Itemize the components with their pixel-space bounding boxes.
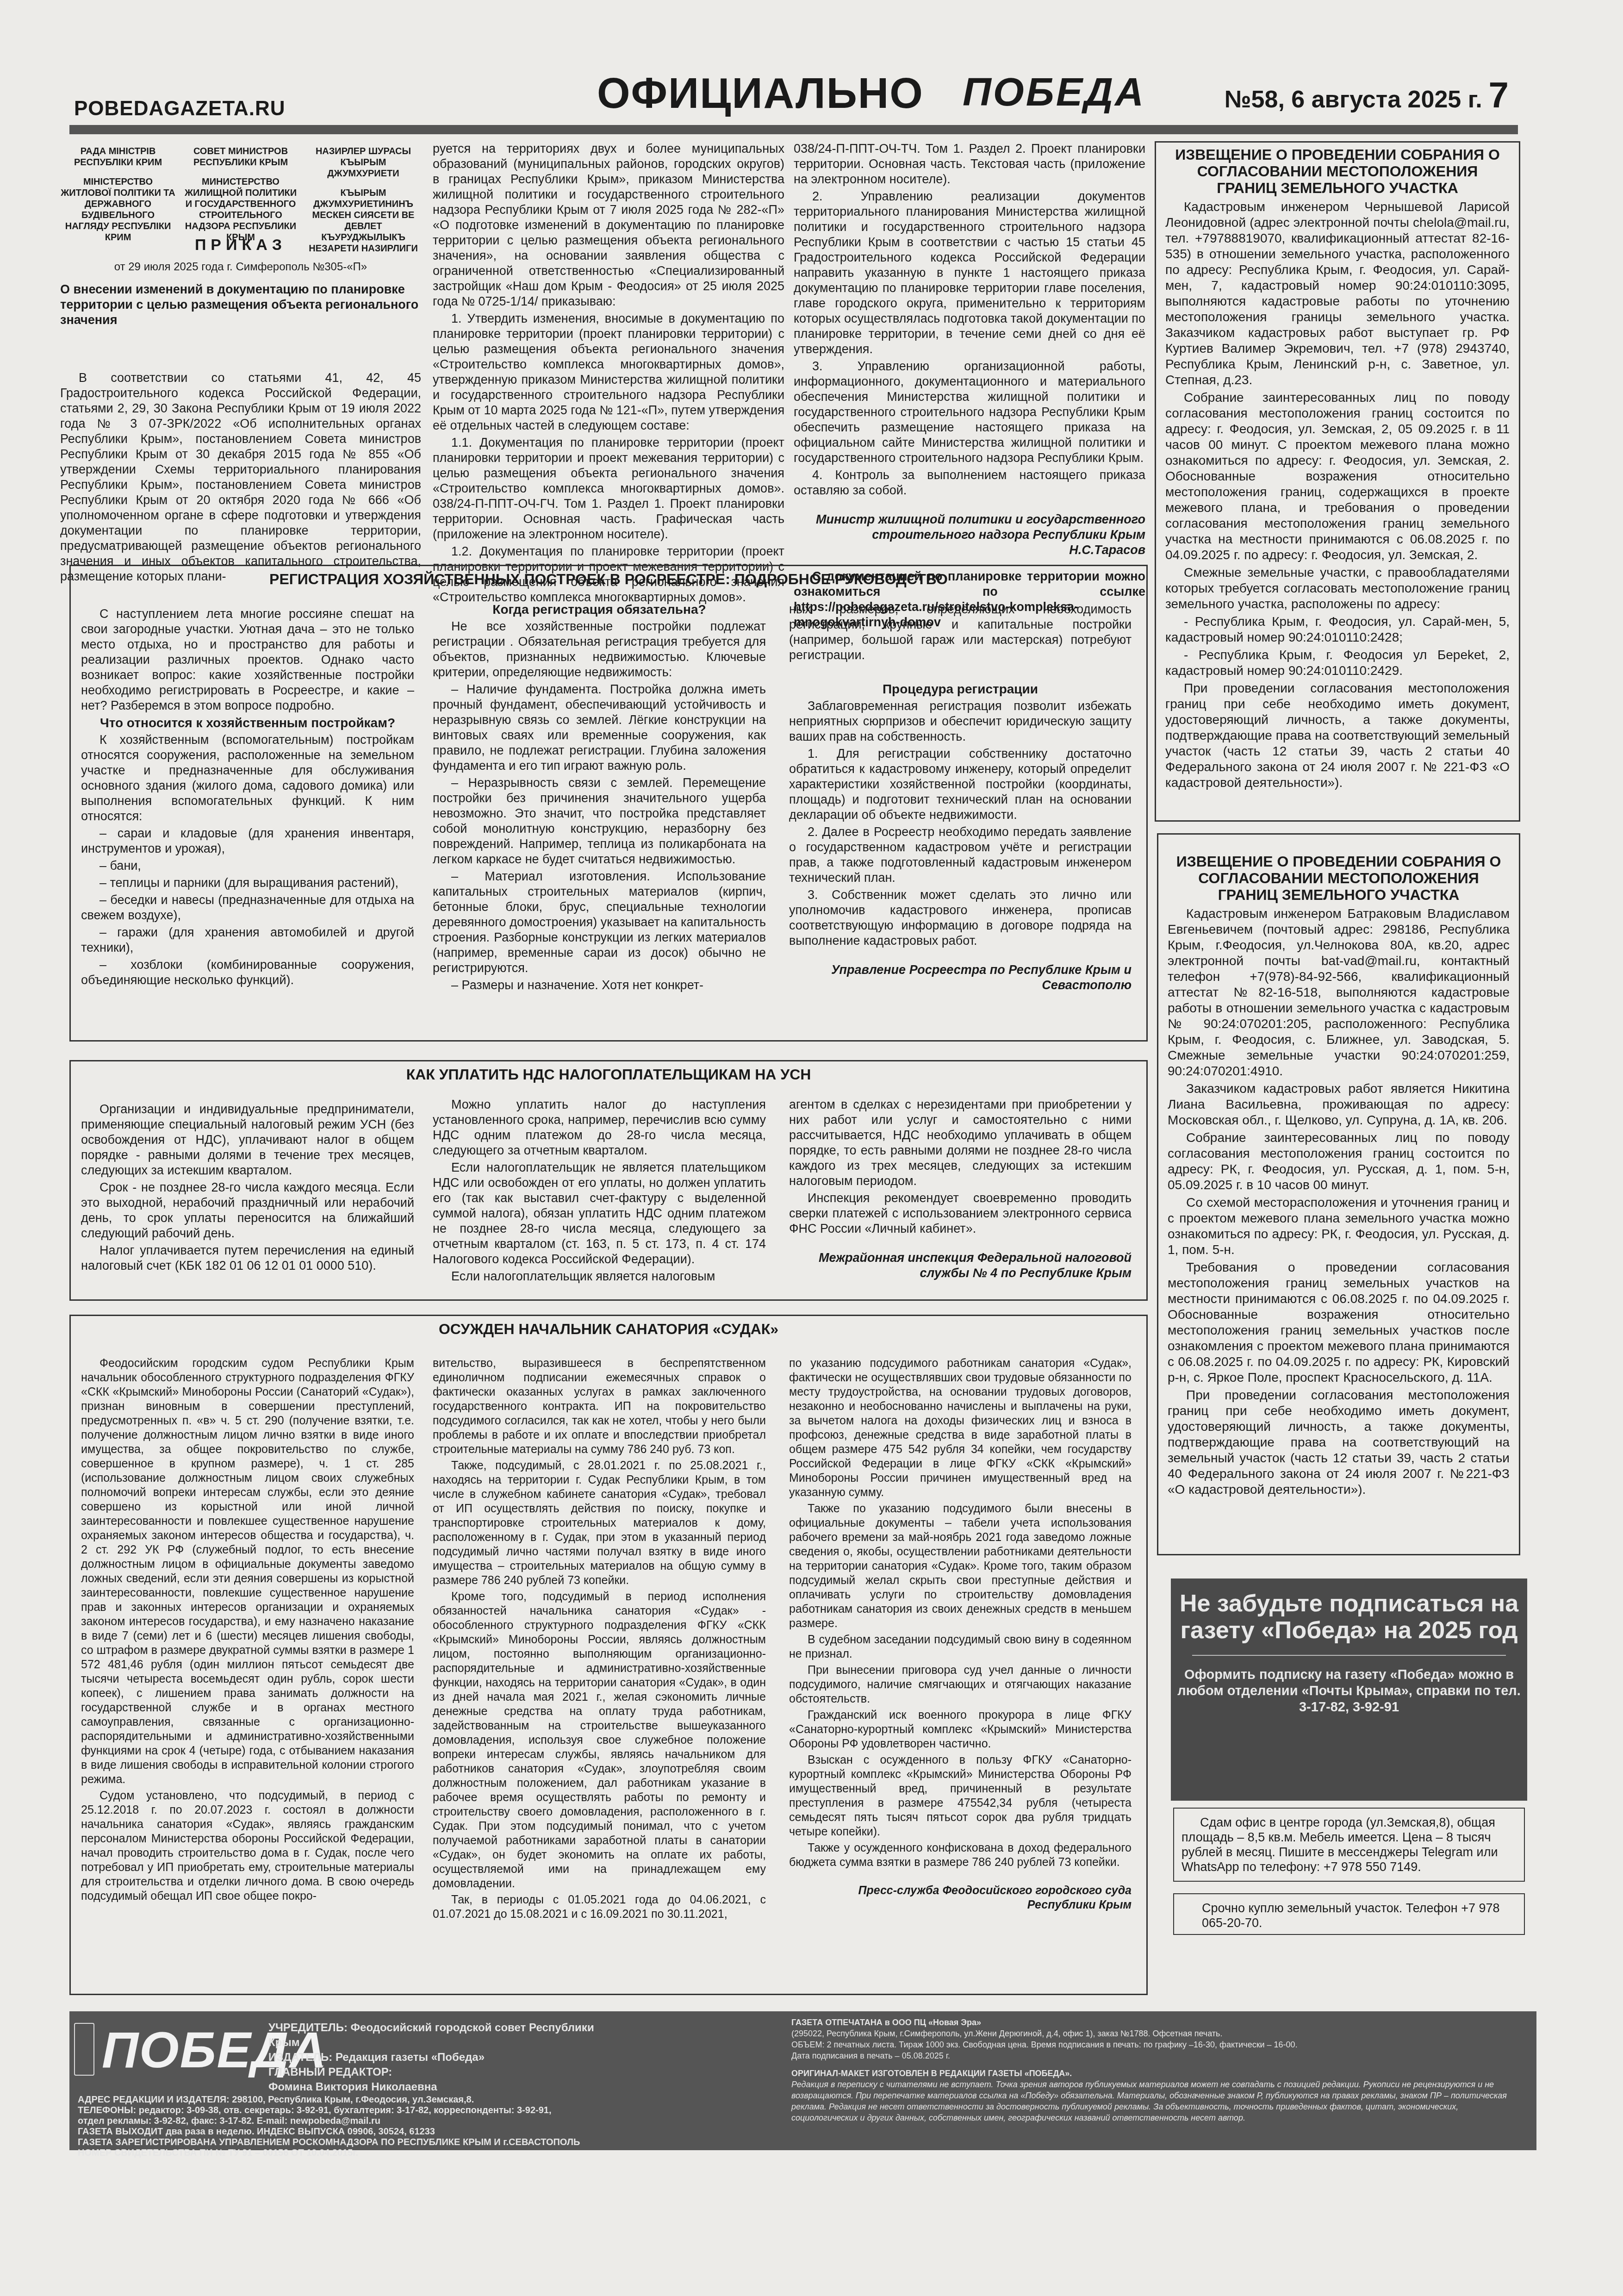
vat-column-1: Организации и индивидуальные предпринима… [81,1102,414,1275]
imprint-credits: УЧРЕДИТЕЛЬ: Феодосийский городской совет… [268,2021,611,2095]
imprint-contacts: АДРЕС РЕДАКЦИИ И ИЗДАТЕЛЯ: 298100, Респу… [78,2095,633,2159]
article-title: КАК УПЛАТИТЬ НДС НАЛОГОПЛАТЕЛЬЩИКАМ НА У… [71,1066,1146,1083]
registration-column-3: ных размеров, определяющих необходимость… [789,602,1132,995]
notice-title: ИЗВЕЩЕНИЕ О ПРОВЕДЕНИИ СОБРАНИЯ О СОГЛАС… [1168,853,1510,903]
court-column-1: Феодосийским городским судом Республики … [81,1356,414,1905]
subheading: Что относится к хозяйственным постройкам… [81,715,414,730]
order-heading: О внесении изменений в документацию по п… [60,282,421,328]
site-url[interactable]: POBEDAGAZETA.RU [74,97,286,120]
article-signature: Управление Росреестра по Республике Крым… [789,962,1132,993]
article-signature: Межрайонная инспекция Федеральной налого… [789,1250,1132,1281]
editorial-disclaimer: Редакция в переписку с читателями не вст… [791,2079,1523,2123]
notice-title: ИЗВЕЩЕНИЕ О ПРОВЕДЕНИИ СОБРАНИЯ О СОГЛАС… [1165,146,1510,196]
promo-headline: Не забудьте подписаться на газету «Побед… [1171,1590,1527,1644]
ads-contact-email[interactable]: отдел рекламы: 3-92-82, факс: 3-17-82. E… [78,2116,633,2127]
section-title: ОФИЦИАЛЬНО [597,69,924,118]
vat-column-2: Можно уплатить налог до наступления уста… [433,1097,766,1286]
newspaper-logo: ПОБЕДА [963,69,1145,115]
issue-info: №58, 6 августа 2025 г.7 [1225,74,1509,116]
notice-2: ИЗВЕЩЕНИЕ О ПРОВЕДЕНИИ СОБРАНИЯ О СОГЛАС… [1157,833,1520,1555]
page-number: 7 [1489,75,1509,115]
registration-column-1: С наступлением лета многие россияне спеш… [81,606,414,990]
newspaper-page: POBEDAGAZETA.RU ОФИЦИАЛЬНО ПОБЕДА №58, 6… [0,0,1623,2296]
article-signature: Пресс-служба Феодосийского городского су… [789,1884,1132,1912]
article-title: РЕГИСТРАЦИЯ ХОЗЯЙСТВЕННЫХ ПОСТРОЕК В РОС… [71,571,1146,588]
vat-column-3: агентом в сделках с нерезидентами при пр… [789,1097,1132,1283]
city-emblem-icon [74,2023,94,2076]
subheading: Процедура регистрации [789,681,1132,697]
subheading: Когда регистрация обязательна? [433,602,766,617]
order-title: ПРИКАЗ [60,236,421,254]
court-column-2: вительство, выразившееся в беспрепятстве… [433,1356,766,1923]
order-header: ПРИКАЗ от 29 июля 2025 года г. Симферопо… [60,236,421,332]
order-column-1: В соответствии со статьями 41, 42, 45 Гр… [60,370,421,586]
promo-details: Оформить подписку на газету «Победа» мож… [1171,1667,1527,1716]
imprint-printing: ГАЗЕТА ОТПЕЧАТАНА в ООО ПЦ «Новая Эра» (… [791,2017,1523,2123]
order-signature: Министр жилищной политики и государствен… [794,512,1145,558]
promo-divider [1192,1655,1506,1656]
masthead-rule [69,125,1518,134]
court-column-3: по указанию подсудимого работникам санат… [789,1356,1132,1914]
notice-1: ИЗВЕЩЕНИЕ О ПРОВЕДЕНИИ СОБРАНИЯ О СОГЛАС… [1155,141,1520,822]
imprint-footer: ПОБЕДА УЧРЕДИТЕЛЬ: Феодосийский городско… [69,2011,1536,2150]
issue-date: №58, 6 августа 2025 г. [1225,86,1482,113]
classified-ad-office: Сдам офис в центре города (ул.Земская,8)… [1173,1808,1525,1882]
registration-column-2: Когда регистрация обязательна? Не все хо… [433,602,766,995]
order-column-2: руется на территориях двух и более муниц… [433,141,784,607]
subscription-promo: Не забудьте подписаться на газету «Побед… [1171,1578,1527,1801]
order-date: от 29 июля 2025 года г. Симферополь №305… [60,261,421,274]
classified-ad-land: Срочно куплю земельный участок. Телефон … [1173,1893,1525,1935]
order-column-3: 038/24-П-ППТ-ОЧ-ТЧ. Том 1. Раздел 2. Про… [794,141,1145,632]
article-title: ОСУЖДЕН НАЧАЛЬНИК САНАТОРИЯ «СУДАК» [71,1321,1146,1338]
